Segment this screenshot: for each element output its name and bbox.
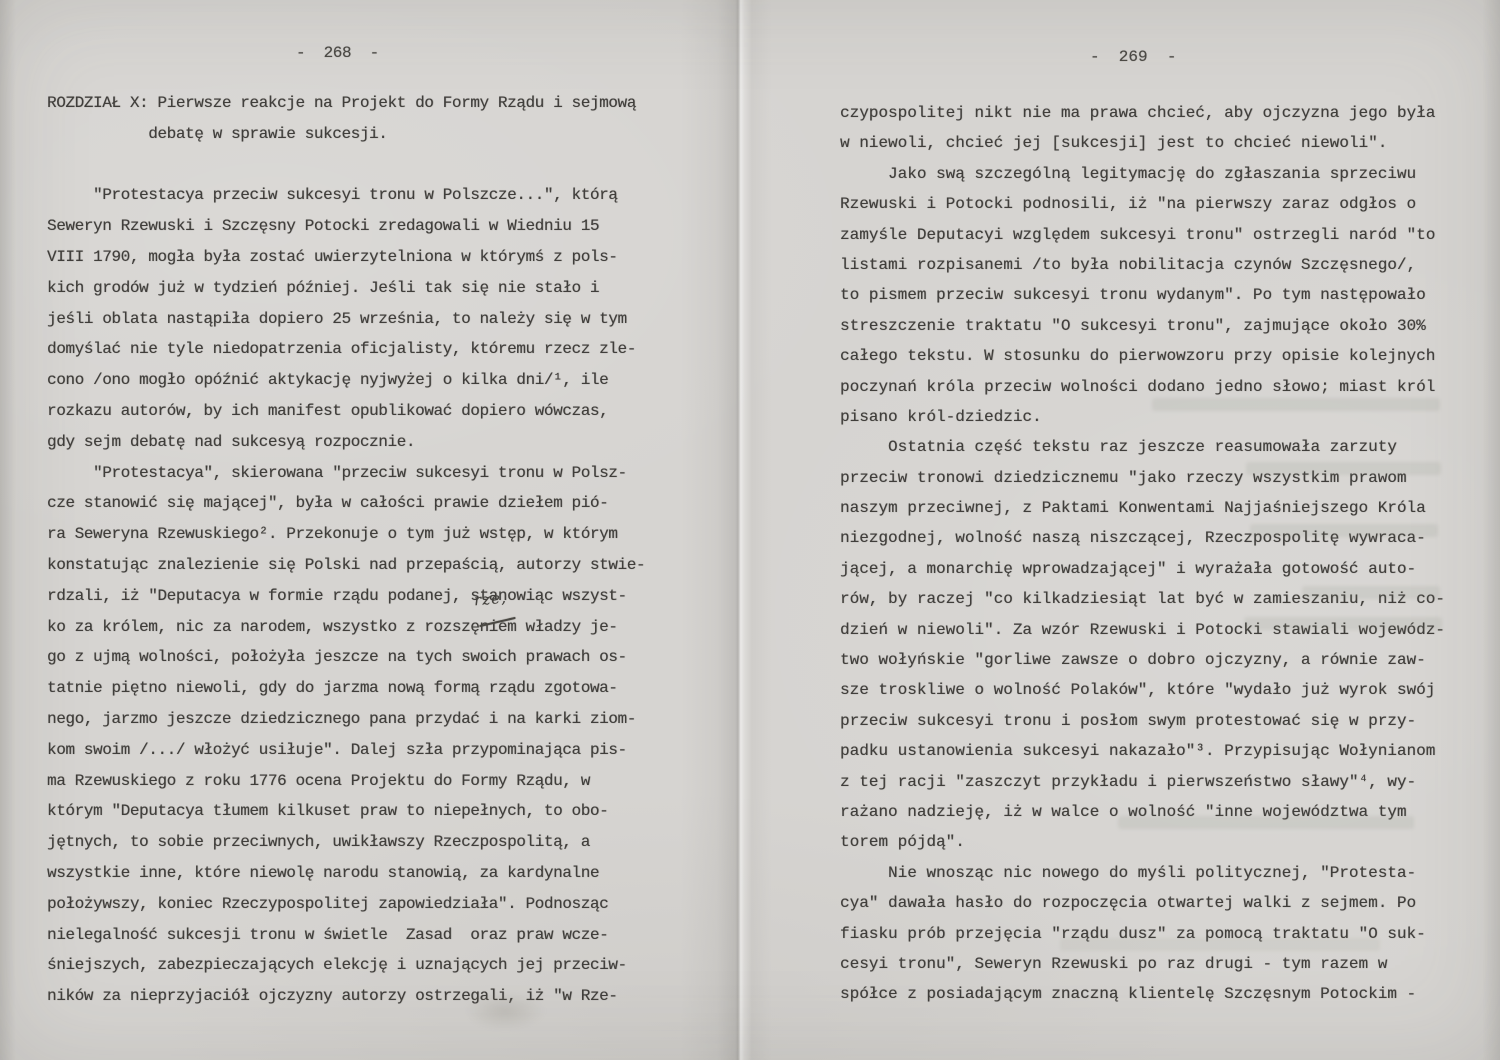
text-line: Ostatnia część tekstu raz jeszcze reasum… — [840, 432, 1445, 462]
text-line: to pismem przeciw sukcesyi tronu wydanym… — [840, 280, 1445, 310]
text-line: kom swoim /.../ włożyć usiłuje". Dalej s… — [47, 735, 645, 766]
text-line: streszczenie traktatu "O sukcesyi tronu"… — [840, 311, 1445, 341]
text-line: two wołyńskie "gorliwe zawsze o dobro oj… — [840, 645, 1445, 675]
text-line: ników za nieprzyjaciół ojczyzny autorzy … — [47, 981, 645, 1012]
text-line: wszystkie inne, które niewolę narodu sta… — [47, 858, 645, 889]
document-scan: - 268 - ROZDZIAŁ X: Pierwsze reakcje na … — [0, 0, 1500, 1060]
text-line: konstatując znalezienie się Polski nad p… — [47, 550, 645, 581]
text-line: dzień w niewoli". Za wzór Rzewuski i Pot… — [840, 615, 1445, 645]
text-line: ko za królem, nic za narodem, wszystko z… — [47, 612, 645, 643]
page-right-text: czypospolitej nikt nie ma prawa chcieć, … — [840, 98, 1445, 1010]
text-line: tatnie piętno niewoli, gdy do jarzma now… — [47, 673, 645, 704]
text-line: ROZDZIAŁ X: Pierwsze reakcje na Projekt … — [47, 88, 645, 119]
text-line: przeciw tronowi dziedzicznemu "jako rzec… — [840, 463, 1445, 493]
text-line: z tej racji "zaszczyt przykładu i pierws… — [840, 767, 1445, 797]
text-line: domyślać nie tyle niedopatrzenia oficjal… — [47, 334, 645, 365]
text-line: cze stanowić się mającej", była w całośc… — [47, 488, 645, 519]
text-line: debatę w sprawie sukcesji. — [47, 119, 645, 150]
text-line: "Protestacya", skierowana "przeciw sukce… — [47, 458, 645, 489]
text-line: go z ujmą wolności, położyła jeszcze na … — [47, 642, 645, 673]
text-line: poczynań króla przeciw wolności dodano j… — [840, 372, 1445, 402]
text-line: ma Rzewuskiego z roku 1776 ocena Projekt… — [47, 766, 645, 797]
text-line: spółce z posiadającym znaczną klientelę … — [840, 979, 1445, 1009]
text-line: rażano nadzieję, iż w walce o wolność "i… — [840, 797, 1445, 827]
center-fold-crease — [680, 0, 772, 1060]
text-line: jętnych, to sobie przeciwnych, uwikławsz… — [47, 827, 645, 858]
text-line: niezgodnej, wolność naszą niszczącej, Rz… — [840, 523, 1445, 553]
text-line: śniejszych, zabezpieczających elekcję i … — [47, 950, 645, 981]
text-line: cesyi tronu", Seweryn Rzewuski po raz dr… — [840, 949, 1445, 979]
text-line — [47, 150, 645, 181]
text-line: rozkazu autorów, by ich manifest opublik… — [47, 396, 645, 427]
text-line: całego tekstu. W stosunku do pierwowzoru… — [840, 341, 1445, 371]
text-line: zamyśle Deputacyi względem sukcesyi tron… — [840, 220, 1445, 250]
page-number-left: - 268 - — [296, 44, 379, 62]
right-edge-shadow — [1482, 0, 1500, 1060]
text-line: w niewoli, chcieć jej [sukcesji] jest to… — [840, 128, 1445, 158]
text-line: rdzali, iż "Deputacya w formie rządu pod… — [47, 581, 645, 612]
text-line: jącej, a monarchię wprowadzającej" i wyr… — [840, 554, 1445, 584]
text-line: Rzewuski i Potocki podnosili, iż "na pie… — [840, 189, 1445, 219]
text-line: nielegalność sukcesji tronu w świetle Za… — [47, 920, 645, 951]
text-line: położywszy, koniec Rzeczypospolitej zapo… — [47, 889, 645, 920]
text-line: "Protestacya przeciw sukcesyi tronu w Po… — [47, 180, 645, 211]
text-line: rów, by raczej "co kilkadziesiąt lat być… — [840, 584, 1445, 614]
text-line: nego, jarzmo jeszcze dziedzicznego pana … — [47, 704, 645, 735]
text-line: cya" dawała hasło do rozpoczęcia otwarte… — [840, 888, 1445, 918]
page-left-text: ROZDZIAŁ X: Pierwsze reakcje na Projekt … — [47, 88, 645, 1012]
text-line: naszym przeciwnej, z Paktami Konwentami … — [840, 493, 1445, 523]
text-line: pisano król-dziedzic. — [840, 402, 1445, 432]
left-edge-shadow — [0, 0, 16, 1060]
text-line: czypospolitej nikt nie ma prawa chcieć, … — [840, 98, 1445, 128]
text-line: jeśli oblata nastąpiła dopiero 25 wrześn… — [47, 304, 645, 335]
text-line: ra Seweryna Rzewuskiego². Przekonuje o t… — [47, 519, 645, 550]
text-line: którym "Deputacya tłumem kilkuset praw t… — [47, 796, 645, 827]
text-line: listami rozpisanemi /to była nobilitacja… — [840, 250, 1445, 280]
text-line: przeciw sukcesyi tronu i posłom swym pro… — [840, 706, 1445, 736]
text-line: Jako swą szczególną legitymację do zgłas… — [840, 159, 1445, 189]
text-line: fiasku prób przejęcia "rządu dusz" za po… — [840, 919, 1445, 949]
text-line: Seweryn Rzewuski i Szczęsny Potocki zred… — [47, 211, 645, 242]
handwritten-correction-note: rze, — [473, 590, 507, 609]
text-line: VIII 1790, mogła była zostać uwierzyteln… — [47, 242, 645, 273]
text-line: padku ustanowienia sukcesyi nakazało"³. … — [840, 736, 1445, 766]
text-line: gdy sejm debatę nad sukcesyą rozpocznie. — [47, 427, 645, 458]
text-line: Nie wnosząc nic nowego do myśli politycz… — [840, 858, 1445, 888]
page-number-right: - 269 - — [1090, 48, 1176, 66]
text-line: kich grodów już w tydzień później. Jeśli… — [47, 273, 645, 304]
text-line: cono /ono mogło opóźnić aktykację nyjwyż… — [47, 365, 645, 396]
text-line: torem pójdą". — [840, 827, 1445, 857]
text-line: sze troskliwe o wolność Polaków", które … — [840, 675, 1445, 705]
